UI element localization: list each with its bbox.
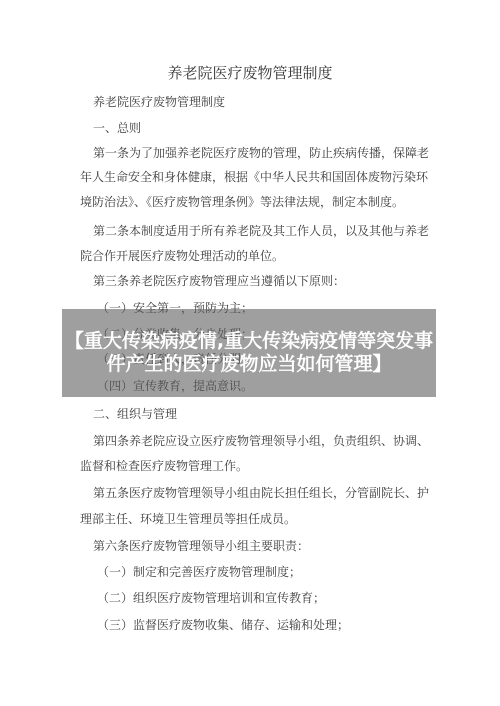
document-text-line: 境防治法》、《医疗废物管理条例》等法律法规，制定本制度。: [80, 195, 404, 209]
headline-overlay-text: 【重大传染病疫情,重大传染病疫情等突发事件产生的医疗废物应当如何管理】: [62, 330, 436, 377]
document-text-line: 第六条医疗废物管理领导小组主要职责：: [93, 539, 309, 553]
document-text-line: （二）组织医疗废物管理培训和宣传教育；: [97, 591, 325, 605]
document-text-line: 理部主任、环境卫生管理员等担任成员。: [80, 512, 296, 526]
document-text-line: （一）制定和完善医疗废物管理制度；: [97, 565, 301, 579]
document-page: 养老院医疗废物管理制度 养老院医疗废物管理制度一、总则第一条为了加强养老院医疗废…: [0, 0, 500, 706]
document-text-line: 监督和检查医疗废物管理工作。: [80, 459, 248, 473]
document-text-line: 第五条医疗废物管理领导小组由院长担任组长，分管副院长、护: [93, 486, 429, 500]
document-text-line: （三）监督医疗废物收集、储存、运输和处理；: [97, 618, 349, 632]
headline-overlay-banner[interactable]: 【重大传染病疫情,重大传染病疫情等突发事件产生的医疗废物应当如何管理】: [62, 309, 436, 397]
document-text-line: 养老院医疗废物管理制度: [93, 95, 225, 109]
document-text-line: 二、组织与管理: [93, 407, 177, 421]
document-text-line: 第三条养老院医疗废物管理应当遵循以下原则：: [93, 274, 345, 288]
document-text-line: 第四条养老院应设立医疗废物管理领导小组，负责组织、协调、: [93, 434, 429, 448]
document-text-line: 年人生命安全和身体健康，根据《中华人民共和国固体废物污染环: [80, 170, 428, 184]
document-text-line: 第一条为了加强养老院医疗废物的管理，防止疾病传播，保障老: [93, 146, 429, 160]
document-text-line: 一、总则: [93, 121, 141, 135]
document-text-line: 院合作开展医疗废物处理活动的单位。: [80, 249, 284, 263]
document-title: 养老院医疗废物管理制度: [0, 62, 500, 83]
document-text-line: 第二条本制度适用于所有养老院及其工作人员，以及其他与养老: [93, 224, 429, 238]
